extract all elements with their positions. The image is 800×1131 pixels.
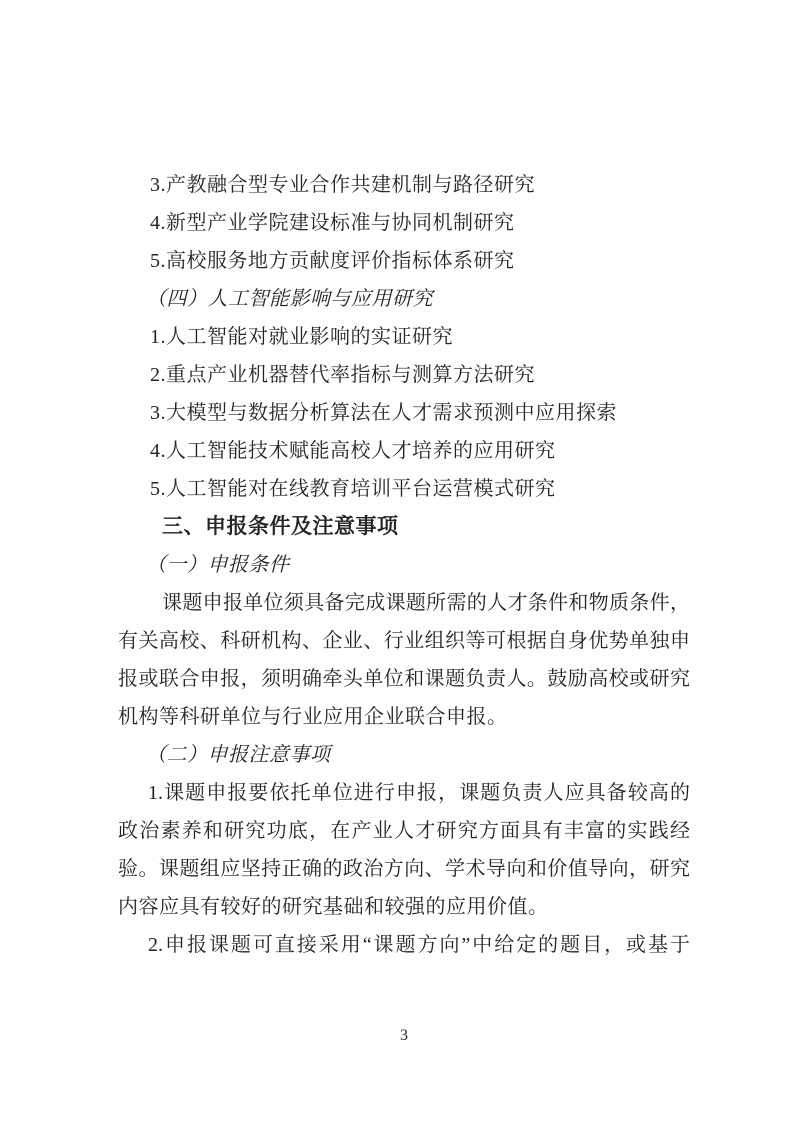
- topic-list-item: 3.大模型与数据分析算法在人才需求预测中应用探索: [118, 394, 690, 432]
- topic-list-item: 5.高校服务地方贡献度评价指标体系研究: [118, 242, 690, 280]
- paragraph-line: 课题申报单位须具备完成课题所需的人才条件和物质条件，: [118, 584, 690, 622]
- page-footer: 3: [118, 1022, 690, 1050]
- paragraph-line: 1.课题申报要依托单位进行申报，课题负责人应具备较高的: [118, 774, 690, 812]
- subsection-heading: （四）人工智能影响与应用研究: [118, 280, 690, 318]
- topic-list-item: 4.人工智能技术赋能高校人才培养的应用研究: [118, 432, 690, 470]
- topic-list-item: 5.人工智能对在线教育培训平台运营模式研究: [118, 470, 690, 508]
- paragraph-line: 报或联合申报，须明确牵头单位和课题负责人。鼓励高校或研究: [118, 660, 690, 698]
- paragraph-line: 机构等科研单位与行业应用企业联合申报。: [118, 698, 690, 736]
- topic-list-item: 3.产教融合型专业合作共建机制与路径研究: [118, 166, 690, 204]
- paragraph-line: 有关高校、科研机构、企业、行业组织等可根据自身优势单独申: [118, 622, 690, 660]
- subsection-heading: （二）申报注意事项: [118, 736, 690, 774]
- paragraph-line: 2.申报课题可直接采用“课题方向”中给定的题目，或基于: [118, 926, 690, 964]
- topic-list-item: 2.重点产业机器替代率指标与测算方法研究: [118, 356, 690, 394]
- page-number: 3: [400, 1027, 408, 1044]
- paragraph-line: 政治素养和研究功底，在产业人才研究方面具有丰富的实践经: [118, 812, 690, 850]
- paragraph-line: 验。课题组应坚持正确的政治方向、学术导向和价值导向，研究: [118, 850, 690, 888]
- document-body: 3.产教融合型专业合作共建机制与路径研究 4.新型产业学院建设标准与协同机制研究…: [118, 166, 690, 964]
- topic-list-item: 1.人工智能对就业影响的实证研究: [118, 318, 690, 356]
- topic-list-item: 4.新型产业学院建设标准与协同机制研究: [118, 204, 690, 242]
- paragraph-line: 内容应具有较好的研究基础和较强的应用价值。: [118, 888, 690, 926]
- document-page: 3.产教融合型专业合作共建机制与路径研究 4.新型产业学院建设标准与协同机制研究…: [0, 0, 800, 1131]
- subsection-heading: （一）申报条件: [118, 546, 690, 584]
- section-heading: 三、申报条件及注意事项: [118, 508, 690, 546]
